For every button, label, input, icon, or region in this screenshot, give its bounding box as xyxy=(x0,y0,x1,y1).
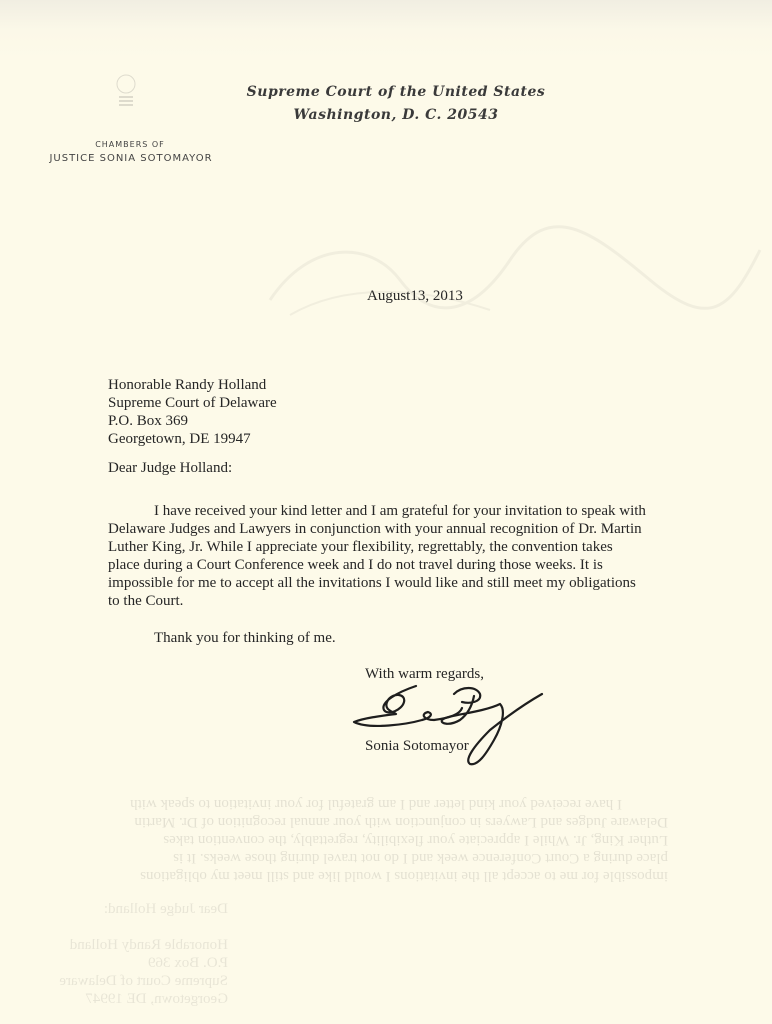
bleed-line: Delaware Judges and Lawyers in conjuncti… xyxy=(108,813,668,831)
bleed-line: P.O. Box 369 xyxy=(59,954,228,972)
letter-page: Supreme Court of the United States Washi… xyxy=(0,0,772,1024)
recipient-line: Supreme Court of Delaware xyxy=(108,394,277,412)
bleed-line: Supreme Court of Delaware xyxy=(59,972,228,990)
bleed-line xyxy=(59,918,228,936)
body-paragraph: I have received your kind letter and I a… xyxy=(108,502,646,610)
thanks-line: Thank you for thinking of me. xyxy=(154,629,336,647)
justice-name: JUSTICE SONIA SOTOMAYOR xyxy=(0,153,262,164)
body-line: impossible for me to accept all the invi… xyxy=(108,574,646,592)
signer-name: Sonia Sotomayor xyxy=(365,737,469,755)
body-line: to the Court. xyxy=(108,592,646,610)
court-seal-icon xyxy=(108,72,144,112)
recipient-address: Honorable Randy Holland Supreme Court of… xyxy=(108,376,277,448)
chambers-label: CHAMBERS OF xyxy=(0,140,260,149)
bleed-line: impossible for me to accept all the invi… xyxy=(108,867,668,885)
bleed-line: Dear Judge Holland: xyxy=(59,900,228,918)
body-line: place during a Court Conference week and… xyxy=(108,556,646,574)
watermark-emblem xyxy=(230,220,770,330)
recipient-line: Georgetown, DE 19947 xyxy=(108,430,277,448)
bleed-through-address: Dear Judge Holland: Honorable Randy Holl… xyxy=(59,900,228,1008)
recipient-line: P.O. Box 369 xyxy=(108,412,277,430)
bleed-line: Georgetown, DE 19947 xyxy=(59,990,228,1008)
letter-date: August13, 2013 xyxy=(367,287,463,305)
recipient-line: Honorable Randy Holland xyxy=(108,376,277,394)
body-line: I have received your kind letter and I a… xyxy=(108,502,646,520)
bleed-line: Luther King, Jr. While I appreciate your… xyxy=(108,831,668,849)
bleed-line: I have received your kind letter and I a… xyxy=(108,795,668,813)
bleed-through-text: impossible for me to accept all the invi… xyxy=(108,795,668,885)
body-line: Luther King, Jr. While I appreciate your… xyxy=(108,538,646,556)
bleed-line: Honorable Randy Holland xyxy=(59,936,228,954)
body-line: Delaware Judges and Lawyers in conjuncti… xyxy=(108,520,646,538)
salutation: Dear Judge Holland: xyxy=(108,459,232,477)
bleed-line: place during a Court Conference week and… xyxy=(108,849,668,867)
